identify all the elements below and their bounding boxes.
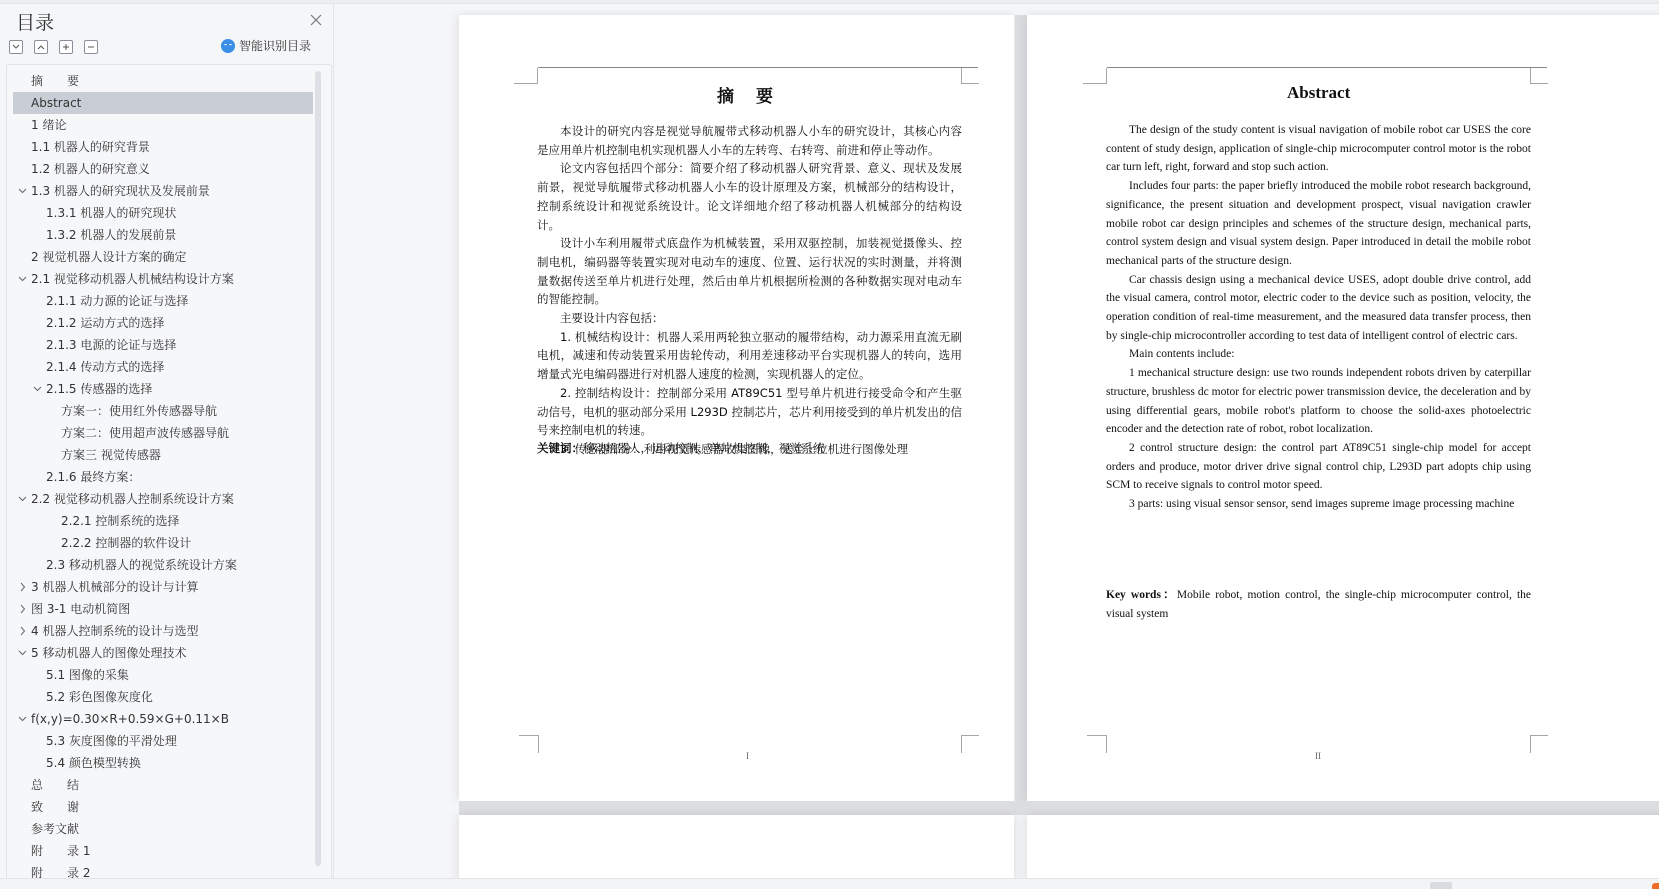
- collapse-all-button[interactable]: [9, 40, 23, 54]
- toc-list: 摘 要Abstract1 绪论1.1 机器人的研究背景1.2 机器人的研究意义1…: [7, 70, 313, 882]
- toc-item[interactable]: 5.2 彩色图像灰度化: [7, 686, 313, 708]
- chevron-right-icon[interactable]: [16, 620, 28, 642]
- toc-item[interactable]: 2.1.6 最终方案：: [7, 466, 313, 488]
- remove-heading-button[interactable]: [84, 40, 98, 54]
- abstract-paragraph: The design of the study content is visua…: [1106, 121, 1531, 177]
- page-next-right: [1027, 815, 1659, 878]
- expand-level-button[interactable]: [34, 40, 48, 54]
- toc-item-label: 5.3 灰度图像的平滑处理: [46, 730, 177, 752]
- document-viewport: 摘要 本设计的研究内容是视觉导航履带式移动机器人小车的研究设计，其核心内容是应用…: [335, 5, 1659, 878]
- margin-mark-bottom-left: [1087, 735, 1107, 753]
- toc-scrollbar[interactable]: [315, 71, 321, 866]
- margin-mark-bottom-right: [961, 735, 979, 753]
- toc-list-container: 摘 要Abstract1 绪论1.1 机器人的研究背景1.2 机器人的研究意义1…: [6, 64, 332, 882]
- chevron-right-icon[interactable]: [16, 598, 28, 620]
- toc-item[interactable]: 1.3.1 机器人的研究现状: [7, 202, 313, 224]
- margin-mark-top-right: [1530, 68, 1548, 84]
- toc-item-label: 附 录 1: [31, 840, 90, 862]
- page-gap-horizontal: [459, 801, 1659, 815]
- chevron-down-icon[interactable]: [16, 180, 28, 202]
- toc-item[interactable]: 2.2.1 控制系统的选择: [7, 510, 313, 532]
- toc-sidebar: 目录 智能识别目录 摘 要Abstract1 绪论1.1 机器人的研究背景1.2…: [0, 4, 334, 884]
- chevron-down-icon[interactable]: [16, 268, 28, 290]
- en-abstract-body: The design of the study content is visua…: [1106, 121, 1531, 514]
- toc-item-label: 1.3 机器人的研究现状及发展前景: [31, 180, 210, 202]
- toc-item[interactable]: 附 录 1: [7, 840, 313, 862]
- toc-item[interactable]: 2.1 视觉移动机器人机械结构设计方案: [7, 268, 313, 290]
- toc-item[interactable]: 5.1 图像的采集: [7, 664, 313, 686]
- toc-toolbar: [9, 40, 98, 54]
- toc-item[interactable]: Abstract: [13, 92, 313, 114]
- toc-item[interactable]: 图 3-1 电动机简图: [7, 598, 313, 620]
- toc-item-label: 5 移动机器人的图像处理技术: [31, 642, 186, 664]
- toc-item-label: 2 视觉机器人设计方案的确定: [31, 246, 186, 268]
- page-number: II: [1315, 751, 1321, 761]
- toc-item-label: 2.1.5 传感器的选择: [46, 378, 152, 400]
- toc-item[interactable]: 方案三 视觉传感器: [7, 444, 313, 466]
- minus-icon: [87, 43, 95, 51]
- toc-item-label: 2.3 移动机器人的视觉系统设计方案: [46, 554, 237, 576]
- toc-item-label: 5.4 颜色模型转换: [46, 752, 141, 774]
- toc-item[interactable]: 1.3 机器人的研究现状及发展前景: [7, 180, 313, 202]
- cn-abstract-body: 本设计的研究内容是视觉导航履带式移动机器人小车的研究设计，其核心内容是应用单片机…: [537, 122, 962, 459]
- page-gap-vertical: [1015, 15, 1027, 805]
- page-cn-abstract: 摘要 本设计的研究内容是视觉导航履带式移动机器人小车的研究设计，其核心内容是应用…: [459, 15, 1014, 801]
- toc-item[interactable]: 2.2.2 控制器的软件设计: [7, 532, 313, 554]
- horizontal-scrollbar[interactable]: [1430, 882, 1452, 889]
- toc-item-label: 1.3.1 机器人的研究现状: [46, 202, 176, 224]
- toc-item[interactable]: 2.1.5 传感器的选择: [7, 378, 313, 400]
- chevron-down-icon[interactable]: [16, 488, 28, 510]
- toc-item[interactable]: 1 绪论: [7, 114, 313, 136]
- toc-item-label: 2.2.2 控制器的软件设计: [61, 532, 191, 554]
- toc-item-label: 2.2 视觉移动机器人控制系统设计方案: [31, 488, 234, 510]
- toc-item[interactable]: 2.1.2 运动方式的选择: [7, 312, 313, 334]
- toc-item-label: Abstract: [31, 92, 81, 114]
- toc-item-label: 2.1.4 传动方式的选择: [46, 356, 164, 378]
- toc-item-label: 2.1.6 最终方案：: [46, 466, 140, 488]
- toc-item-label: 方案三 视觉传感器: [61, 444, 161, 466]
- smart-toc-button[interactable]: 智能识别目录: [221, 37, 311, 54]
- toc-item[interactable]: 2.3 移动机器人的视觉系统设计方案: [7, 554, 313, 576]
- page-en-abstract: Abstract The design of the study content…: [1027, 15, 1659, 801]
- toc-item[interactable]: 5.4 颜色模型转换: [7, 752, 313, 774]
- toc-item-label: 5.2 彩色图像灰度化: [46, 686, 153, 708]
- abstract-paragraph: 1 mechanical structure design: use two r…: [1106, 364, 1531, 439]
- toc-item-label: f(x,y)=0.30×R+0.59×G+0.11×B: [31, 708, 229, 730]
- toc-item[interactable]: 2.2 视觉移动机器人控制系统设计方案: [7, 488, 313, 510]
- toc-item[interactable]: 1.3.2 机器人的发展前景: [7, 224, 313, 246]
- chevron-down-icon[interactable]: [16, 708, 28, 730]
- chevron-up-icon: [37, 44, 45, 50]
- header-rule: [538, 67, 978, 68]
- toc-item-label: 参考文献: [31, 818, 79, 840]
- toc-title: 目录: [16, 8, 54, 35]
- page-next-left: [459, 815, 1014, 878]
- toc-item-label: 致 谢: [31, 796, 79, 818]
- cn-keywords: 关键词：移动机器人，运动控制，单片机控制，视觉系统: [537, 439, 962, 458]
- toc-item[interactable]: 2.1.3 电源的论证与选择: [7, 334, 313, 356]
- abstract-paragraph: 设计小车利用履带式底盘作为机械装置，采用双驱控制，加装视觉摄像头、控制电机，编码…: [537, 234, 962, 309]
- cn-keywords-text: 移动机器人，运动控制，单片机控制，视觉系统: [583, 441, 825, 455]
- chevron-right-icon[interactable]: [16, 576, 28, 598]
- en-abstract-title: Abstract: [1287, 83, 1350, 103]
- abstract-paragraph: 论文内容包括四个部分：简要介绍了移动机器人研究背景、意义、现状及发展前景，视觉导…: [537, 159, 962, 234]
- smart-toc-label: 智能识别目录: [239, 37, 311, 54]
- toc-item-label: 1.1 机器人的研究背景: [31, 136, 150, 158]
- toc-item[interactable]: 1.1 机器人的研究背景: [7, 136, 313, 158]
- notification-badge[interactable]: [1652, 883, 1659, 889]
- close-icon[interactable]: [309, 13, 323, 27]
- toc-item[interactable]: 1.2 机器人的研究意义: [7, 158, 313, 180]
- toc-item-label: 5.1 图像的采集: [46, 664, 129, 686]
- toc-item-label: 1 绪论: [31, 114, 66, 136]
- en-keywords: Key words：Mobile robot, motion control, …: [1106, 586, 1531, 623]
- toc-item-label: 1.2 机器人的研究意义: [31, 158, 150, 180]
- toc-item[interactable]: f(x,y)=0.30×R+0.59×G+0.11×B: [7, 708, 313, 730]
- margin-mark-top-left: [514, 68, 538, 84]
- chevron-down-icon[interactable]: [31, 378, 43, 400]
- margin-mark-top-left: [1083, 68, 1107, 84]
- header-rule: [1107, 67, 1547, 68]
- abstract-paragraph: 2 control structure design: the control …: [1106, 439, 1531, 495]
- toc-item-label: 4 机器人控制系统的设计与选型: [31, 620, 198, 642]
- toc-item-label: 2.1.3 电源的论证与选择: [46, 334, 176, 356]
- toc-item[interactable]: 参考文献: [7, 818, 313, 840]
- toc-item-label: 2.1.2 运动方式的选择: [46, 312, 164, 334]
- toc-item[interactable]: 总 结: [7, 774, 313, 796]
- toc-item[interactable]: 2 视觉机器人设计方案的确定: [7, 246, 313, 268]
- status-bar: [0, 878, 1659, 889]
- toc-item[interactable]: 方案一：使用红外传感器导航: [7, 400, 313, 422]
- abstract-paragraph: 1. 机械结构设计：机器人采用两轮独立驱动的履带结构，动力源采用直流无刷电机，减…: [537, 328, 962, 384]
- en-keywords-label: Key words：: [1106, 589, 1177, 601]
- toc-item[interactable]: 5 移动机器人的图像处理技术: [7, 642, 313, 664]
- abstract-paragraph: 2. 控制结构设计：控制部分采用 AT89C51 型号单片机进行接受命令和产生驱…: [537, 384, 962, 440]
- add-heading-button[interactable]: [59, 40, 73, 54]
- toc-item-label: 摘 要: [31, 70, 79, 92]
- cn-keywords-label: 关键词：: [537, 441, 583, 455]
- toc-item[interactable]: 2.1.1 动力源的论证与选择: [7, 290, 313, 312]
- abstract-paragraph: 主要设计内容包括：: [537, 309, 962, 328]
- toc-item-label: 2.1 视觉移动机器人机械结构设计方案: [31, 268, 234, 290]
- abstract-paragraph: 本设计的研究内容是视觉导航履带式移动机器人小车的研究设计，其核心内容是应用单片机…: [537, 122, 962, 159]
- toc-item-label: 方案二：使用超声波传感器导航: [61, 422, 229, 444]
- toc-item[interactable]: 致 谢: [7, 796, 313, 818]
- abstract-paragraph: 3 parts: using visual sensor sensor, sen…: [1106, 495, 1531, 514]
- chevron-down-icon: [12, 44, 20, 50]
- margin-mark-top-right: [961, 68, 979, 84]
- abstract-paragraph: Car chassis design using a mechanical de…: [1106, 271, 1531, 346]
- page-number: I: [746, 751, 749, 761]
- plus-icon: [62, 43, 70, 51]
- toc-item-label: 图 3-1 电动机简图: [31, 598, 130, 620]
- abstract-paragraph: Includes four parts: the paper briefly i…: [1106, 177, 1531, 271]
- toc-item-label: 3 机器人机械部分的设计与计算: [31, 576, 198, 598]
- toc-item[interactable]: 3 机器人机械部分的设计与计算: [7, 576, 313, 598]
- margin-mark-bottom-right: [1530, 735, 1548, 753]
- chevron-down-icon[interactable]: [16, 642, 28, 664]
- margin-mark-bottom-left: [519, 735, 539, 753]
- toc-item[interactable]: 5.3 灰度图像的平滑处理: [7, 730, 313, 752]
- toc-item-label: 1.3.2 机器人的发展前景: [46, 224, 176, 246]
- smart-recognize-icon: [221, 39, 235, 53]
- toc-item[interactable]: 摘 要: [7, 70, 313, 92]
- abstract-paragraph: Main contents include:: [1106, 345, 1531, 364]
- toc-item[interactable]: 方案二：使用超声波传感器导航: [7, 422, 313, 444]
- toc-item-label: 总 结: [31, 774, 79, 796]
- toc-item-label: 2.2.1 控制系统的选择: [61, 510, 179, 532]
- toc-item-label: 方案一：使用红外传感器导航: [61, 400, 217, 422]
- cn-abstract-title: 摘要: [717, 82, 795, 107]
- toc-item-label: 2.1.1 动力源的论证与选择: [46, 290, 188, 312]
- toc-item[interactable]: 2.1.4 传动方式的选择: [7, 356, 313, 378]
- toc-item[interactable]: 4 机器人控制系统的设计与选型: [7, 620, 313, 642]
